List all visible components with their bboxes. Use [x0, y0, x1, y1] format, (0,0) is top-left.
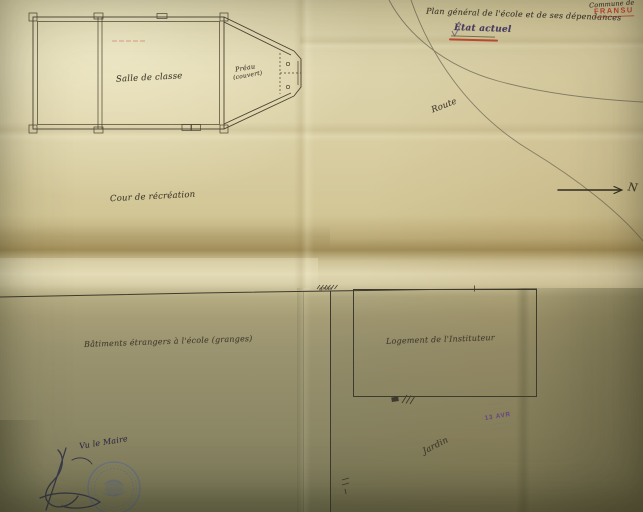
partition-wall: [98, 17, 102, 129]
property-boundary-line: [0, 289, 537, 297]
post-symbol: [286, 85, 289, 88]
road-lines: [389, 0, 643, 241]
gate-label: grille: [319, 286, 332, 292]
plan-subtitle: État actuel: [454, 23, 512, 35]
scanned-plan-document: Commune de FRANSU Plan général de l'écol…: [0, 0, 643, 512]
door-opening: [182, 125, 191, 131]
door-opening: [192, 125, 201, 131]
lower-plan-lines: [0, 285, 537, 512]
north-arrow: [558, 187, 622, 194]
ink-drawing-layer: [0, 0, 643, 512]
north-letter: N: [627, 180, 639, 194]
post-symbol: [286, 62, 289, 65]
small-survey-marks: [342, 478, 349, 494]
